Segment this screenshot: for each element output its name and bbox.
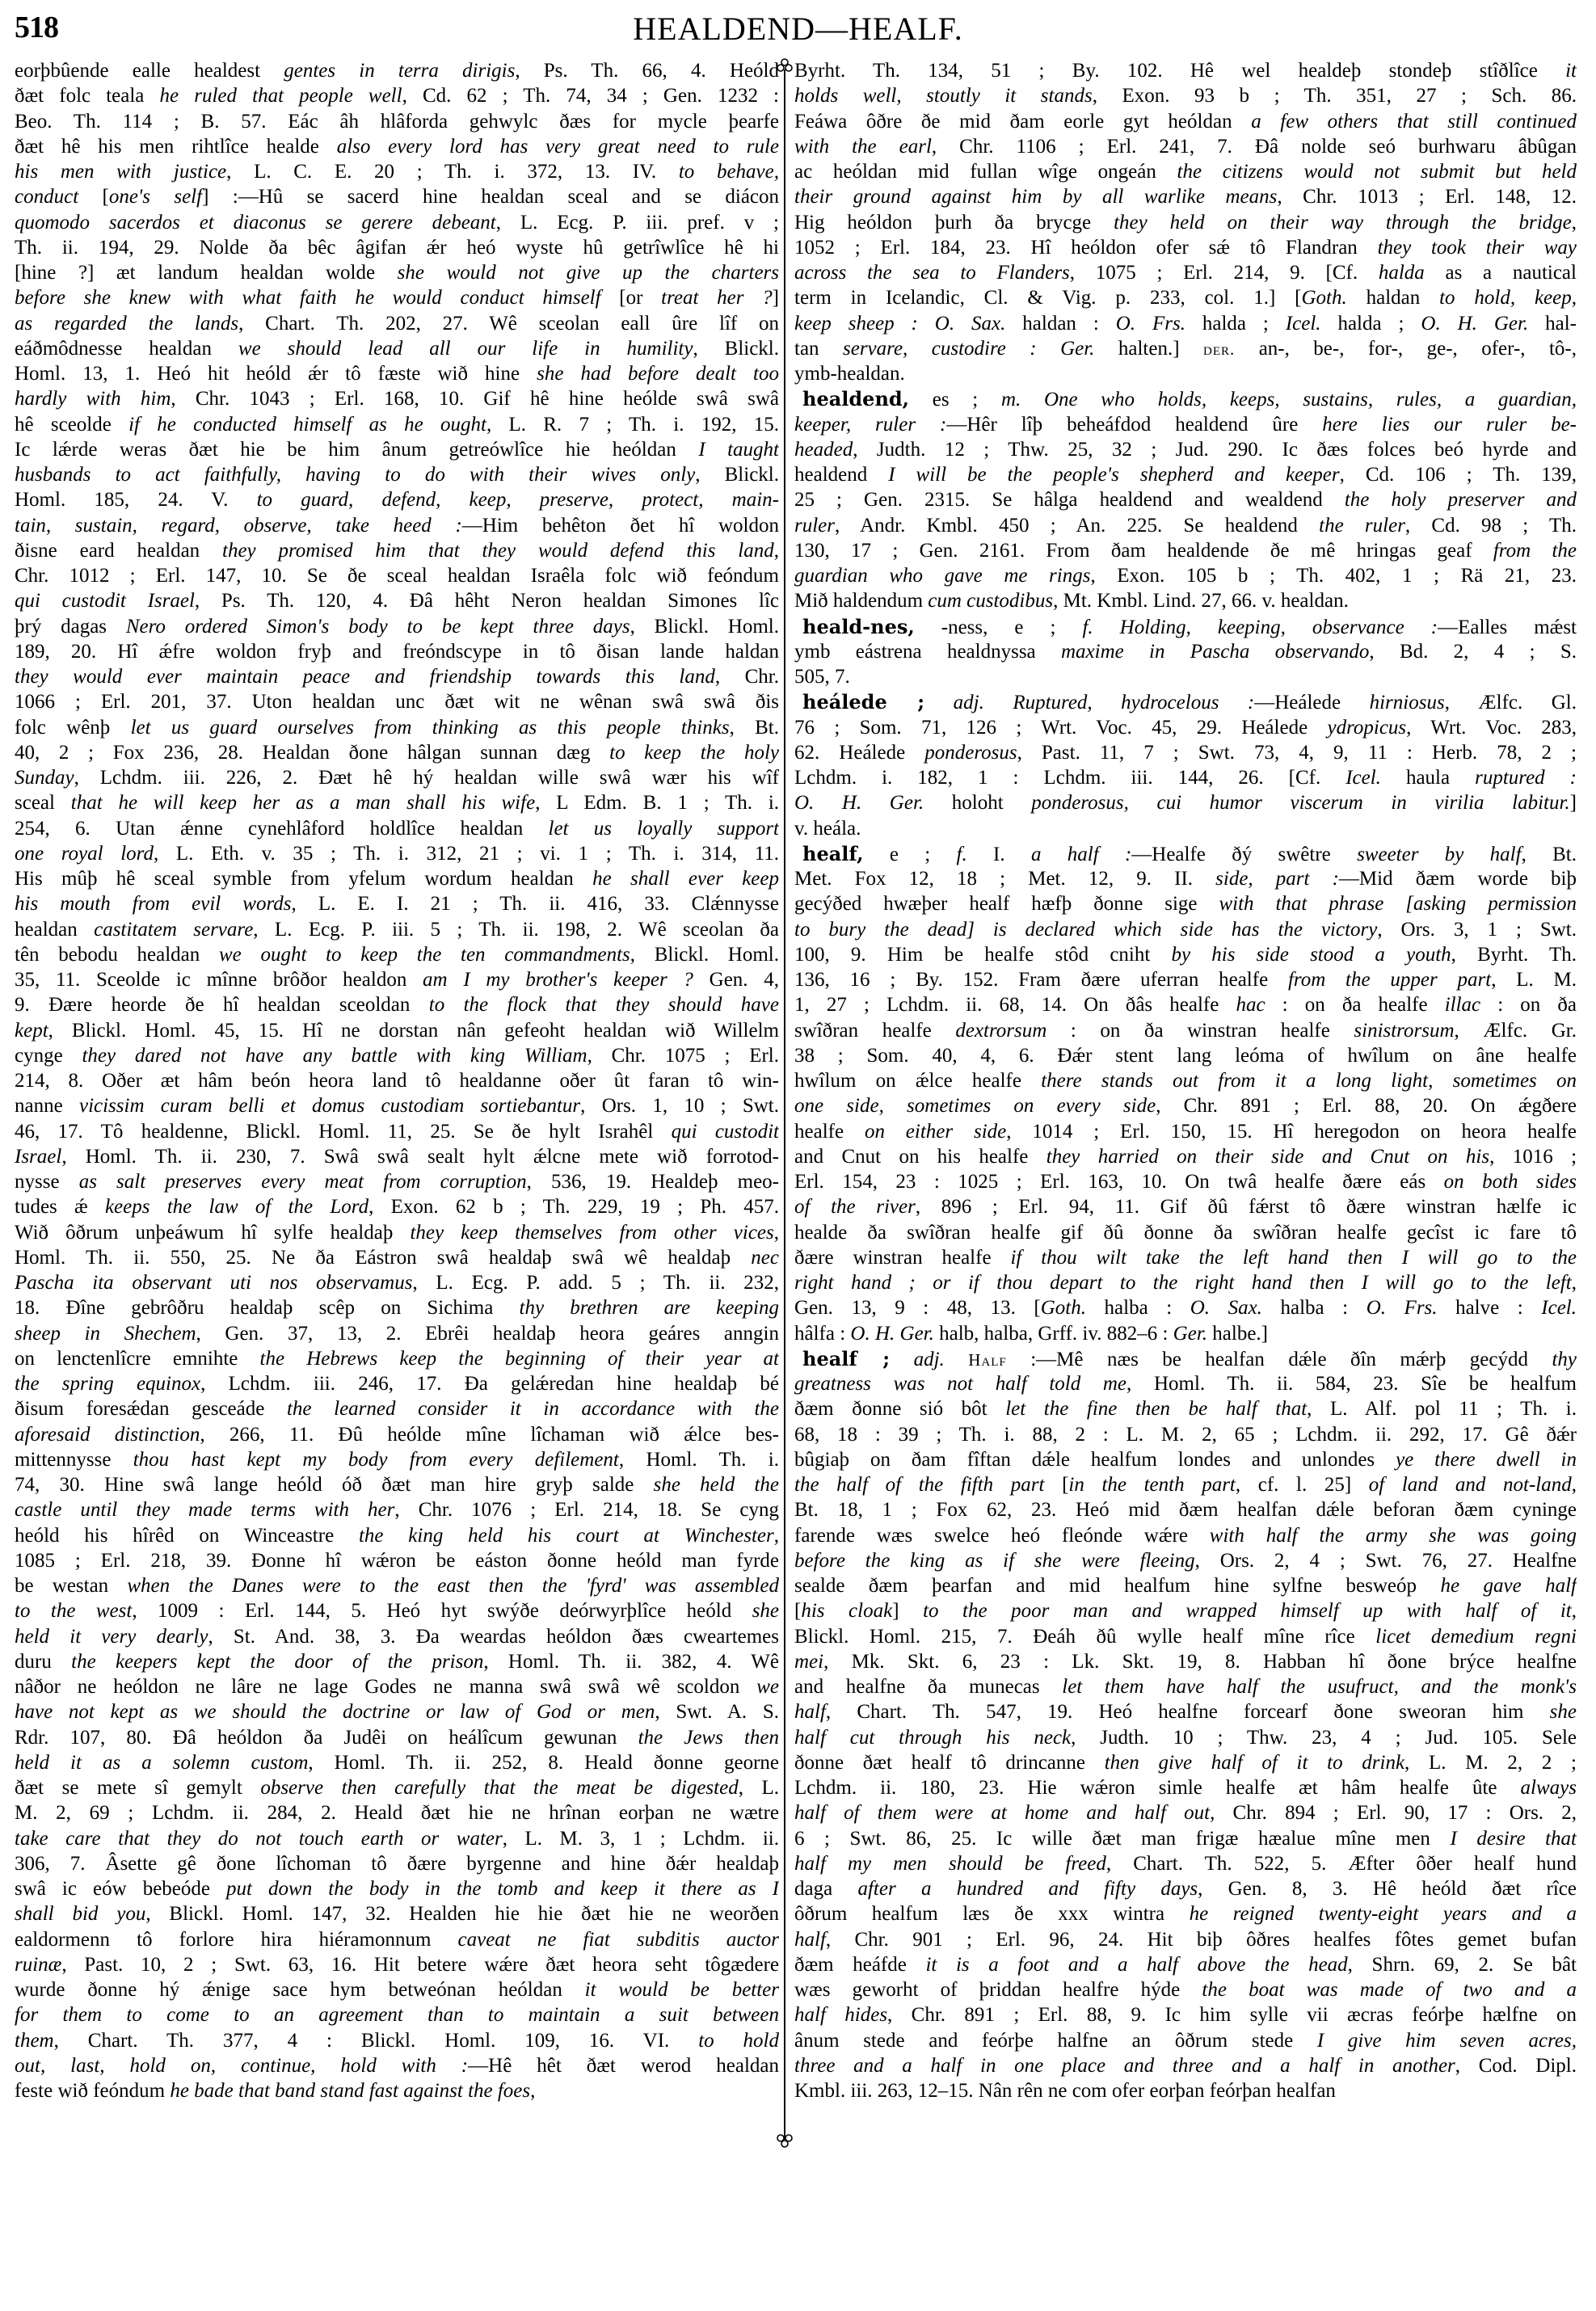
italic-gloss: I give him seven acres, xyxy=(1317,2030,1577,2052)
text-run: 189, 20. Hî ǽfre woldon fryþ and freónds… xyxy=(15,641,779,663)
text-run: , L Edm. B. 1 ; Th. i. xyxy=(535,792,779,814)
text-run: —Mid ðæm worde biþ xyxy=(1339,868,1577,890)
italic-gloss: a half : xyxy=(1031,844,1131,865)
text-line: eáðmôdnesse healdan we should lead all o… xyxy=(15,336,779,361)
text-line: take care that they do not touch earth o… xyxy=(15,1826,779,1851)
text-run: hwîlum on ǽlce healfe xyxy=(794,1070,1041,1092)
text-line: ymb eástrena healdnyssa maxime in Pascha… xyxy=(794,639,1577,664)
text-run: cynge xyxy=(15,1045,82,1067)
italic-gloss: they keep themselves from other vices xyxy=(410,1222,773,1244)
text-line: O. H. Ger. holoht ponderosus, cui humor … xyxy=(794,790,1577,815)
text-line: one royal lord, L. Eth. v. 35 ; Th. i. 3… xyxy=(15,841,779,866)
italic-gloss: the spring equinox xyxy=(15,1373,200,1395)
text-line: feste wið feóndum he bade that band stan… xyxy=(15,2078,779,2103)
text-run: [ xyxy=(103,186,109,208)
text-line: swîðran healfe dextrorsum : on ða winstr… xyxy=(794,1018,1577,1043)
text-run: folc wênþ xyxy=(15,717,131,739)
text-run: , Chr. 1106 ; Erl. 241, 7. Ðâ nolde seó … xyxy=(932,136,1577,158)
text-run: , Chart. Th. 547, 19. Heó healfne forcea… xyxy=(826,1701,1550,1723)
text-run: , Cd. 106 ; Th. 139, xyxy=(1340,464,1577,486)
text-run xyxy=(945,1349,968,1370)
text-run: , 536, 19. Healdeþ meo- xyxy=(527,1171,779,1193)
text-line: folc wênþ let us guard ourselves from th… xyxy=(15,715,779,740)
headword: heald-nes, xyxy=(802,615,915,638)
text-run: Homl. Th. ii. 550, 25. Ne ða Eástron swâ… xyxy=(15,1247,751,1269)
text-line: eorþbûende ealle healdest gentes in terr… xyxy=(15,58,779,83)
text-run: 254, 6. Utan ǽnne cynehlâford holdlîce h… xyxy=(15,818,549,840)
text-run: —Ealles mǽst xyxy=(1438,617,1577,638)
italic-gloss: they held on their way through the bridg… xyxy=(1114,212,1572,234)
text-run: and healfne ða munecas xyxy=(794,1676,1062,1698)
text-run: , Chart. Th. 522, 5. Æfter ôðer healf hu… xyxy=(1106,1853,1577,1875)
text-run: , xyxy=(1572,1600,1577,1622)
italic-gloss: hardly with him xyxy=(15,388,171,410)
text-run: halbe.] xyxy=(1207,1323,1268,1345)
text-run: duru xyxy=(15,1651,71,1673)
italic-gloss: his men with justice xyxy=(15,161,226,183)
italic-gloss: adj. Ruptured, hydrocelous : xyxy=(954,692,1255,714)
text-run: : on ða winstran healfe xyxy=(1046,1020,1354,1042)
italic-gloss: to the flock that they should have xyxy=(429,994,779,1016)
text-line: Hig heóldon þurh ða brycge they held on … xyxy=(794,210,1577,235)
text-line: mei, Mk. Skt. 6, 23 : Lk. Skt. 19, 8. Ha… xyxy=(794,1649,1577,1674)
text-line: half of them were at home and half out, … xyxy=(794,1800,1577,1825)
text-line: Lchdm. i. 182, 1 : Lchdm. iii. 144, 26. … xyxy=(794,765,1577,790)
text-run: haula xyxy=(1381,767,1475,789)
text-line: one side, sometimes on every side, Chr. … xyxy=(794,1093,1577,1118)
text-run: Th. ii. 194, 29. Nolde ða bêc âgifan ǽr … xyxy=(15,237,779,259)
italic-gloss: Israel xyxy=(15,1146,61,1168)
italic-gloss: for them to come to an agreement than to… xyxy=(15,2004,779,2026)
italic-gloss: O. H. Ger. xyxy=(850,1323,933,1345)
italic-gloss: cum custodibus xyxy=(928,590,1053,612)
italic-gloss: let us loyally support xyxy=(549,818,780,840)
text-run: 25 ; Gen. 2315. Se hâlga healdend and we… xyxy=(794,489,1345,511)
text-run: , Ors. 3, 1 ; Swt. xyxy=(1377,919,1577,941)
text-run: feste wið feóndum xyxy=(15,2080,170,2102)
text-run: , Ps. Th. 120, 4. Ðâ hêht Neron healdan … xyxy=(195,590,779,612)
text-run: , xyxy=(774,540,779,562)
text-line: before she knew with what faith he would… xyxy=(15,285,779,310)
text-run: , Mt. Kmbl. Lind. 27, 66. v. healdan. xyxy=(1053,590,1349,612)
text-run: 136, 16 ; By. 152. Fram ðære uferran hea… xyxy=(794,969,1288,991)
text-line: 214, 8. Oðer æt hâm beón heora land tô h… xyxy=(15,1068,779,1093)
text-run: ðisne eard healdan xyxy=(15,540,222,562)
text-line: 189, 20. Hî ǽfre woldon fryþ and freónds… xyxy=(15,639,779,664)
text-run: nysse xyxy=(15,1171,79,1193)
text-line: half my men should be freed, Chart. Th. … xyxy=(794,1851,1577,1876)
text-line: healfe on either side, 1014 ; Erl. 150, … xyxy=(794,1119,1577,1144)
trefoil-ornament-icon xyxy=(776,2130,794,2148)
italic-gloss: the Jews then xyxy=(638,1727,779,1749)
italic-gloss: O. H. Ger. xyxy=(794,792,924,814)
text-run: ðæm heáfde xyxy=(794,1954,925,1976)
italic-gloss: let us guard ourselves from thinking as … xyxy=(131,717,730,739)
text-run: —Hê hêt ðæt werod healdan xyxy=(468,2055,779,2077)
text-run: —Hêr lîþ beheáfdod healdend ûre xyxy=(946,414,1322,436)
left-column: eorþbûende ealle healdest gentes in terr… xyxy=(15,58,779,2103)
headword: healf, xyxy=(802,842,864,865)
italic-gloss: in the tenth part xyxy=(1068,1474,1236,1496)
text-run: 9. Ðære heorde ðe hî healdan sceoldan xyxy=(15,994,429,1016)
text-run: tên bebodu healdan xyxy=(15,944,219,966)
text-run: 74, 30. Hine swâ lange heóld óð ðæt man … xyxy=(15,1474,654,1496)
text-run: ðæm ðonne sió bôt xyxy=(794,1398,1005,1420)
italic-gloss: quomodo sacerdos et diaconus se gerere d… xyxy=(15,212,496,234)
text-run: , xyxy=(774,1525,779,1547)
italic-gloss: the holy preserver and xyxy=(1345,489,1577,511)
text-run: , Ors. 1, 10 ; Swt. xyxy=(580,1095,779,1117)
text-line: have not kept as we should the doctrine … xyxy=(15,1699,779,1724)
italic-gloss: sheep in Shechem xyxy=(15,1323,196,1345)
text-line: guardian who gave me rings, Exon. 105 b … xyxy=(794,563,1577,588)
text-line: ðæt se mete sî gemylt observe then caref… xyxy=(15,1775,779,1800)
italic-gloss: then give half of it to drink xyxy=(1105,1752,1404,1774)
italic-gloss: tain, sustain, regard, observe, take hee… xyxy=(15,515,462,537)
italic-gloss: aforesaid distinction xyxy=(15,1424,200,1446)
text-run: , Chr. 901 ; Erl. 96, 24. Hit biþ ôðres … xyxy=(826,1929,1577,1951)
text-run: Ic lǽrde weras ðæt hie be him ânum getre… xyxy=(15,439,698,461)
text-run: , Chr. 1075 ; Erl. xyxy=(587,1045,779,1067)
text-line: Homl. 185, 24. V. to guard, defend, keep… xyxy=(15,487,779,512)
text-line: half cut through his neck, Judth. 10 ; T… xyxy=(794,1725,1577,1750)
italic-gloss: half xyxy=(794,1929,826,1951)
text-run: M. 2, 69 ; Lchdm. ii. 284, 2. Heald ðæt … xyxy=(15,1802,779,1824)
text-line: Bt. 18, 1 ; Fox 62, 23. Heó mid ðæm heal… xyxy=(794,1497,1577,1522)
text-run: ðære winstran healfe xyxy=(794,1247,1010,1269)
italic-gloss: we should lead all our life in humility xyxy=(238,338,693,360)
text-line: swâ ic eów bebeóde put down the body in … xyxy=(15,1876,779,1901)
italic-gloss: qui custodit Israel xyxy=(15,590,195,612)
text-run: Beo. Th. 114 ; B. 57. Eác âh hlâforda ge… xyxy=(15,111,779,133)
text-run: , Lchdm. iii. 246, 17. Ða gelǽredan hine… xyxy=(200,1373,779,1395)
text-line: hê sceolde if he conducted himself as he… xyxy=(15,412,779,437)
text-run: ac heóldan mid fullan wîge ongeán xyxy=(794,161,1177,183)
italic-gloss: ruinæ xyxy=(15,1954,61,1976)
text-line: 46, 17. Tô healdenne, Blickl. Homl. 11, … xyxy=(15,1119,779,1144)
italic-gloss: right hand ; or if thou depart to the ri… xyxy=(794,1272,1572,1294)
text-line: quomodo sacerdos et diaconus se gerere d… xyxy=(15,210,779,235)
text-run: , L. Ecg. P. iii. pref. v ; xyxy=(496,212,779,234)
italic-gloss: Goth. xyxy=(1041,1297,1086,1319)
text-run: Blickl. Homl. 215, 7. Ðeáh ðû wylle heal… xyxy=(794,1626,1375,1648)
text-run: , Mk. Skt. 6, 23 : Lk. Skt. 19, 8. Habba… xyxy=(823,1651,1577,1673)
italic-gloss: on both sides xyxy=(1444,1171,1577,1193)
text-line: 505, 7. xyxy=(794,664,1577,689)
text-run: , 266, 11. Ðû heólde mîne lîchaman wið ǽ… xyxy=(200,1424,779,1446)
text-run: Hig heóldon þurh ða brycge xyxy=(794,212,1114,234)
italic-gloss: let the fine then be half that xyxy=(1005,1398,1307,1420)
text-run: Rdr. 107, 80. Ðâ heóldon ða Judêi on heá… xyxy=(15,1727,638,1749)
text-run: , Gen. 37, 13, 2. Ebrêi healdaþ heora ge… xyxy=(196,1323,779,1345)
text-line: M. 2, 69 ; Lchdm. ii. 284, 2. Heald ðæt … xyxy=(15,1800,779,1825)
italic-gloss: out, last, hold on, continue, hold with … xyxy=(15,2055,468,2077)
italic-gloss: to behave, xyxy=(679,161,779,183)
italic-gloss: after a hundred and fifty days xyxy=(857,1878,1198,1900)
text-run: 46, 17. Tô healdenne, Blickl. Homl. 11, … xyxy=(15,1121,672,1143)
text-line: headed, Judth. 12 ; Thw. 25, 32 ; Jud. 2… xyxy=(794,437,1577,462)
running-head: HEALDEND—HEALF. xyxy=(0,10,1596,48)
text-line: ðæm ðonne sió bôt let the fine then be h… xyxy=(794,1396,1577,1421)
text-run: be westan xyxy=(15,1575,127,1597)
text-line: ealdormenn tô forlore hira hiéramonnum c… xyxy=(15,1927,779,1952)
text-run: , xyxy=(530,2080,535,2102)
italic-gloss: thy brethren are keeping xyxy=(520,1297,779,1319)
text-line: ðonne ðæt healf tô drincanne then give h… xyxy=(794,1750,1577,1775)
text-run: , Chr. 1076 ; Erl. 214, 18. Se cyng xyxy=(394,1499,779,1521)
italic-gloss: Pascha ita observant uti nos observamus xyxy=(15,1272,412,1294)
text-run: [or xyxy=(619,287,661,309)
italic-gloss: guardian who gave me rings xyxy=(794,565,1090,587)
text-line: half, Chr. 901 ; Erl. 96, 24. Hit biþ ôð… xyxy=(794,1927,1577,1952)
text-line: Chr. 1012 ; Erl. 147, 10. Se ðe sceal he… xyxy=(15,563,779,588)
italic-gloss: she xyxy=(752,1600,779,1622)
text-line: Beo. Th. 114 ; B. 57. Eác âh hlâforda ge… xyxy=(15,109,779,134)
text-run: halba : xyxy=(1086,1297,1190,1319)
text-run: Erl. 154, 23 : 1025 ; Erl. 163, 10. On t… xyxy=(794,1171,1444,1193)
text-line: sealde ðæm þearfan and mid healfum hine … xyxy=(794,1573,1577,1598)
headword: heálede ; xyxy=(802,690,924,714)
text-run: , Bt. xyxy=(1522,844,1577,865)
italic-gloss: half my men should be freed xyxy=(794,1853,1106,1875)
text-run: , St. And. 38, 3. Ða weardas heóldon ðæs… xyxy=(208,1626,779,1648)
italic-gloss: from the xyxy=(1493,540,1577,562)
text-run: 1052 ; Erl. 184, 23. Hî heóldon ofer sǽ … xyxy=(794,237,1378,259)
text-run: eáðmôdnesse healdan xyxy=(15,338,238,360)
italic-gloss: we xyxy=(756,1676,779,1698)
text-run: Lchdm. ii. 180, 23. Hie wǽron simle heal… xyxy=(794,1777,1521,1799)
italic-gloss: she xyxy=(1550,1701,1577,1723)
text-run: halb, halba, Grff. iv. 882–6 : xyxy=(934,1323,1173,1345)
italic-gloss: I taught xyxy=(698,439,779,461)
trefoil-ornament-icon xyxy=(776,58,794,76)
text-run: , Shrn. 69, 2. Se bât xyxy=(1348,1954,1577,1976)
text-line: to bury the dead] is declared which side… xyxy=(794,917,1577,942)
italic-gloss: keep sheep : O. Sax. xyxy=(794,313,1005,335)
text-line: cynge they dared not have any battle wit… xyxy=(15,1043,779,1068)
text-line: v. heála. xyxy=(794,816,1577,841)
text-run: ] xyxy=(892,1600,923,1622)
text-line: on lenctenlîcre emnihte the Hebrews keep… xyxy=(15,1346,779,1371)
text-run: sceal xyxy=(15,792,71,814)
italic-gloss: it xyxy=(1565,60,1577,82)
text-run: 38 ; Som. 40, 4, 6. Ðǽr stent lang leóma… xyxy=(794,1045,1577,1067)
text-line: 1052 ; Erl. 184, 23. Hî heóldon ofer sǽ … xyxy=(794,235,1577,260)
italic-gloss: treat her ? xyxy=(661,287,773,309)
italic-gloss: sinistrorsum xyxy=(1354,1020,1454,1042)
italic-gloss: gentes in terra dirigis xyxy=(284,60,515,82)
italic-gloss: there stands out from it a long light, s… xyxy=(1041,1070,1577,1092)
text-run: ðæt hê his men rihtlîce healde xyxy=(15,136,337,158)
text-line: duru the keepers kept the door of the pr… xyxy=(15,1649,779,1674)
text-run: , Exon. 93 b ; Th. 351, 27 ; Sch. 86. xyxy=(1093,85,1577,107)
text-run: 62. Heálede xyxy=(794,742,924,764)
text-run: 68, 18 : 39 ; Th. i. 88, 2 : L. M. 2, 65… xyxy=(794,1424,1577,1446)
text-line: half, Chart. Th. 547, 19. Heó healfne fo… xyxy=(794,1699,1577,1724)
text-line: Kmbl. iii. 263, 12–15. Nân rên ne com of… xyxy=(794,2078,1577,2103)
text-run: , L. xyxy=(739,1777,779,1799)
text-run: I. xyxy=(967,844,1031,865)
text-run: , L. Alf. pol 11 ; Th. i. xyxy=(1307,1398,1577,1420)
italic-gloss: their ground against him by all warlike … xyxy=(794,186,1277,208)
text-run: , xyxy=(1572,1272,1577,1294)
text-line: out, last, hold on, continue, hold with … xyxy=(15,2053,779,2078)
right-column: Byrht. Th. 134, 51 ; By. 102. Hê wel hea… xyxy=(794,58,1577,2103)
text-run: , Cd. 98 ; Th. xyxy=(1405,515,1577,537)
text-run: hal- xyxy=(1528,313,1577,335)
headword: healdend, xyxy=(802,387,909,410)
text-run: Half xyxy=(968,1350,1007,1370)
text-run: , Swt. A. S. xyxy=(655,1701,779,1723)
text-run: 1085 ; Erl. 218, 39. Ðonne hî wǽron be e… xyxy=(15,1550,779,1572)
text-line: daga after a hundred and fifty days, Gen… xyxy=(794,1876,1577,1901)
text-line: ðære winstran healfe if thou wilt take t… xyxy=(794,1245,1577,1270)
italic-gloss: dextrorsum xyxy=(955,1020,1046,1042)
text-run: mittennysse xyxy=(15,1449,133,1471)
text-run: , cf. l. 25] xyxy=(1236,1474,1369,1496)
text-line: 40, 2 ; Fox 236, 28. Healdan ðone hâlgan… xyxy=(15,740,779,765)
text-run: , Blickl. Homl. xyxy=(630,944,779,966)
italic-gloss: we ought to keep the ten commandments xyxy=(219,944,630,966)
text-line: be westan when the Danes were to the eas… xyxy=(15,1573,779,1598)
italic-gloss: to bury the dead] is declared which side… xyxy=(794,919,1377,941)
italic-gloss: O. Frs. xyxy=(1116,313,1185,335)
text-run: nanne xyxy=(15,1095,79,1117)
text-line: ymb-healdan. xyxy=(794,361,1577,386)
text-run: hê sceolde xyxy=(15,414,128,436)
text-line: [hine ?] æt landum healdan wolde she wou… xyxy=(15,260,779,285)
text-line: Lchdm. ii. 180, 23. Hie wǽron simle heal… xyxy=(794,1775,1577,1800)
text-run: Bt. 18, 1 ; Fox 62, 23. Heó mid ðæm heal… xyxy=(794,1499,1577,1521)
text-run: , Ælfc. Gl. xyxy=(1445,692,1577,714)
text-run: Met. Fox 12, 18 ; Met. 12, 9. II. xyxy=(794,868,1215,890)
text-line: castle until they made terms with her, C… xyxy=(15,1497,779,1522)
text-run: , Past. 11, 7 ; Swt. 73, 4, 9, 11 : Herb… xyxy=(1017,742,1577,764)
text-run: Homl. 185, 24. V. xyxy=(15,489,257,511)
text-line: ruler, Andr. Kmbl. 450 ; An. 225. Se hea… xyxy=(794,513,1577,538)
text-line: 68, 18 : 39 ; Th. i. 88, 2 : L. M. 2, 65… xyxy=(794,1422,1577,1447)
text-line: shall bid you, Blickl. Homl. 147, 32. He… xyxy=(15,1901,779,1926)
text-run: -ness, e ; xyxy=(915,617,1083,638)
italic-gloss: to the poor man and wrapped himself up w… xyxy=(923,1600,1572,1622)
italic-gloss: ruler xyxy=(794,515,835,537)
text-run: , Chr. xyxy=(715,666,779,688)
italic-gloss: to guard, defend, keep, preserve, protec… xyxy=(257,489,779,511)
text-run: , 1009 : Erl. 144, 5. Heó hyt swýðe deór… xyxy=(132,1600,752,1622)
text-run: , L. M. 2, 2 ; xyxy=(1404,1752,1577,1774)
text-run: Feáwa ôðre ðe mid ðam eorle gyt heóldan xyxy=(794,111,1251,133)
text-run: Gen. 4, xyxy=(693,969,779,991)
italic-gloss: of land and not-land xyxy=(1369,1474,1572,1496)
italic-gloss: he shall ever keep xyxy=(592,868,779,890)
italic-gloss: she had before dealt too xyxy=(537,363,779,385)
text-run: , Blickl. Homl. xyxy=(630,616,779,638)
italic-gloss: as regarded the lands xyxy=(15,313,238,335)
text-line: tain, sustain, regard, observe, take hee… xyxy=(15,513,779,538)
italic-gloss: nec xyxy=(751,1247,779,1269)
text-line: 62. Heálede ponderosus, Past. 11, 7 ; Sw… xyxy=(794,740,1577,765)
text-line: Homl. Th. ii. 550, 25. Ne ða Eástron swâ… xyxy=(15,1245,779,1270)
text-line: 35, 11. Sceolde ic mînne brôðor healdon … xyxy=(15,967,779,992)
text-line: Israel, Homl. Th. ii. 230, 7. Swâ swâ se… xyxy=(15,1144,779,1169)
italic-gloss: thou hast kept my body from every defile… xyxy=(133,1449,619,1471)
text-run: der. xyxy=(1203,339,1235,359)
text-run: e ; xyxy=(864,844,957,865)
text-run: , 1014 ; Erl. 150, 15. Hî heregodon on h… xyxy=(1006,1121,1577,1143)
italic-gloss: when the Danes were to the east then the… xyxy=(127,1575,779,1597)
italic-gloss: to hold, keep, xyxy=(1439,287,1577,309)
text-line: ac heóldan mid fullan wîge ongeán the ci… xyxy=(794,159,1577,184)
text-run: , xyxy=(774,1222,779,1244)
italic-gloss: am I my brother's keeper ? xyxy=(423,969,693,991)
text-run: halda ; xyxy=(1321,313,1421,335)
text-line: Homl. 13, 1. Heó hit heóld ǽr tô fæste w… xyxy=(15,361,779,386)
text-line: Rdr. 107, 80. Ðâ heóldon ða Judêi on heá… xyxy=(15,1725,779,1750)
text-line: 9. Ðære heorde ðe hî healdan sceoldan to… xyxy=(15,992,779,1017)
text-line: of the river, 896 ; Erl. 94, 11. Gif ðû … xyxy=(794,1194,1577,1219)
text-line: wurde ðonne hý ǽnige sace hym betweónan … xyxy=(15,1977,779,2002)
text-line: þrý dagas Nero ordered Simon's body to b… xyxy=(15,614,779,639)
text-run: , Wrt. Voc. 283, xyxy=(1406,717,1577,739)
italic-gloss: qui custodit xyxy=(672,1121,779,1143)
text-run: an-, be-, for-, ge-, ofer-, tô-, xyxy=(1235,338,1577,360)
italic-gloss: hirniosus xyxy=(1370,692,1445,714)
text-run: healdend xyxy=(794,464,888,486)
text-run: ymb eástrena healdnyssa xyxy=(794,641,1061,663)
italic-gloss: the learned consider it in accordance wi… xyxy=(287,1398,779,1420)
text-line: his men with justice, L. C. E. 20 ; Th. … xyxy=(15,159,779,184)
italic-gloss: he reigned twenty-eight years and a xyxy=(1190,1903,1577,1925)
text-line: Mið haldendum cum custodibus, Mt. Kmbl. … xyxy=(794,588,1577,613)
italic-gloss: he bade that band stand fast against the… xyxy=(170,2080,530,2102)
text-run: , xyxy=(1572,212,1577,234)
text-run: [hine ?] æt landum healdan wolde xyxy=(15,262,398,284)
text-run: farende wæs swelce heó fleónde wǽre xyxy=(794,1525,1210,1547)
italic-gloss: Ger. xyxy=(1173,1323,1207,1345)
text-run: on lenctenlîcre emnihte xyxy=(15,1348,260,1370)
text-run: ânum stede and feórþe halfne an ôðrum st… xyxy=(794,2030,1317,2052)
text-run: Gen. 13, 9 : 48, 13. [ xyxy=(794,1297,1041,1319)
text-line: 76 ; Som. 71, 126 ; Wrt. Voc. 45, 29. He… xyxy=(794,715,1577,740)
italic-gloss: maxime in Pascha observando xyxy=(1061,641,1369,663)
italic-gloss: the citizens would not submit but held xyxy=(1177,161,1577,183)
text-run: term in Icelandic, Cl. & Vig. p. 233, co… xyxy=(794,287,1302,309)
text-run: , Chr. 1013 ; Erl. 148, 12. xyxy=(1277,186,1577,208)
italic-gloss: to hold xyxy=(698,2030,779,2052)
text-run: þrý dagas xyxy=(15,616,126,638)
italic-gloss: the half of the fifth part xyxy=(794,1474,1062,1496)
text-run: , 896 ; Erl. 94, 11. Gif ðû fǽrst tô ðær… xyxy=(916,1196,1577,1218)
text-line: ânum stede and feórþe halfne an ôðrum st… xyxy=(794,2028,1577,2053)
italic-gloss: one side, sometimes on every side xyxy=(794,1095,1156,1117)
text-line: Ic lǽrde weras ðæt hie be him ânum getre… xyxy=(15,437,779,462)
text-line: his mouth from evil words, L. E. I. 21 ;… xyxy=(15,891,779,916)
text-run: : on ða healfe xyxy=(1265,994,1445,1016)
italic-gloss: O. H. Ger. xyxy=(1421,313,1528,335)
text-run: , L. Ecg. P. add. 5 ; Th. ii. 232, xyxy=(412,1272,779,1294)
italic-gloss: held it as a solemn custom xyxy=(15,1752,308,1774)
text-run: Wið ôðrum unþeáwum hî sylfe healdaþ xyxy=(15,1222,410,1244)
italic-gloss: always xyxy=(1521,1777,1577,1799)
italic-gloss: ye there dwell in xyxy=(1396,1449,1577,1471)
text-run: v. heála. xyxy=(794,818,861,840)
text-run: , Andr. Kmbl. 450 ; An. 225. Se healdend xyxy=(835,515,1319,537)
italic-gloss: with that phrase [asking permission xyxy=(1219,893,1577,915)
text-line: gecýðed hwæþer healf hæfþ ðonne sige wit… xyxy=(794,891,1577,916)
italic-gloss: O. Frs. xyxy=(1366,1297,1438,1319)
text-line: ðisne eard healdan they promised him tha… xyxy=(15,538,779,563)
text-line: qui custodit Israel, Ps. Th. 120, 4. Ðâ … xyxy=(15,588,779,613)
